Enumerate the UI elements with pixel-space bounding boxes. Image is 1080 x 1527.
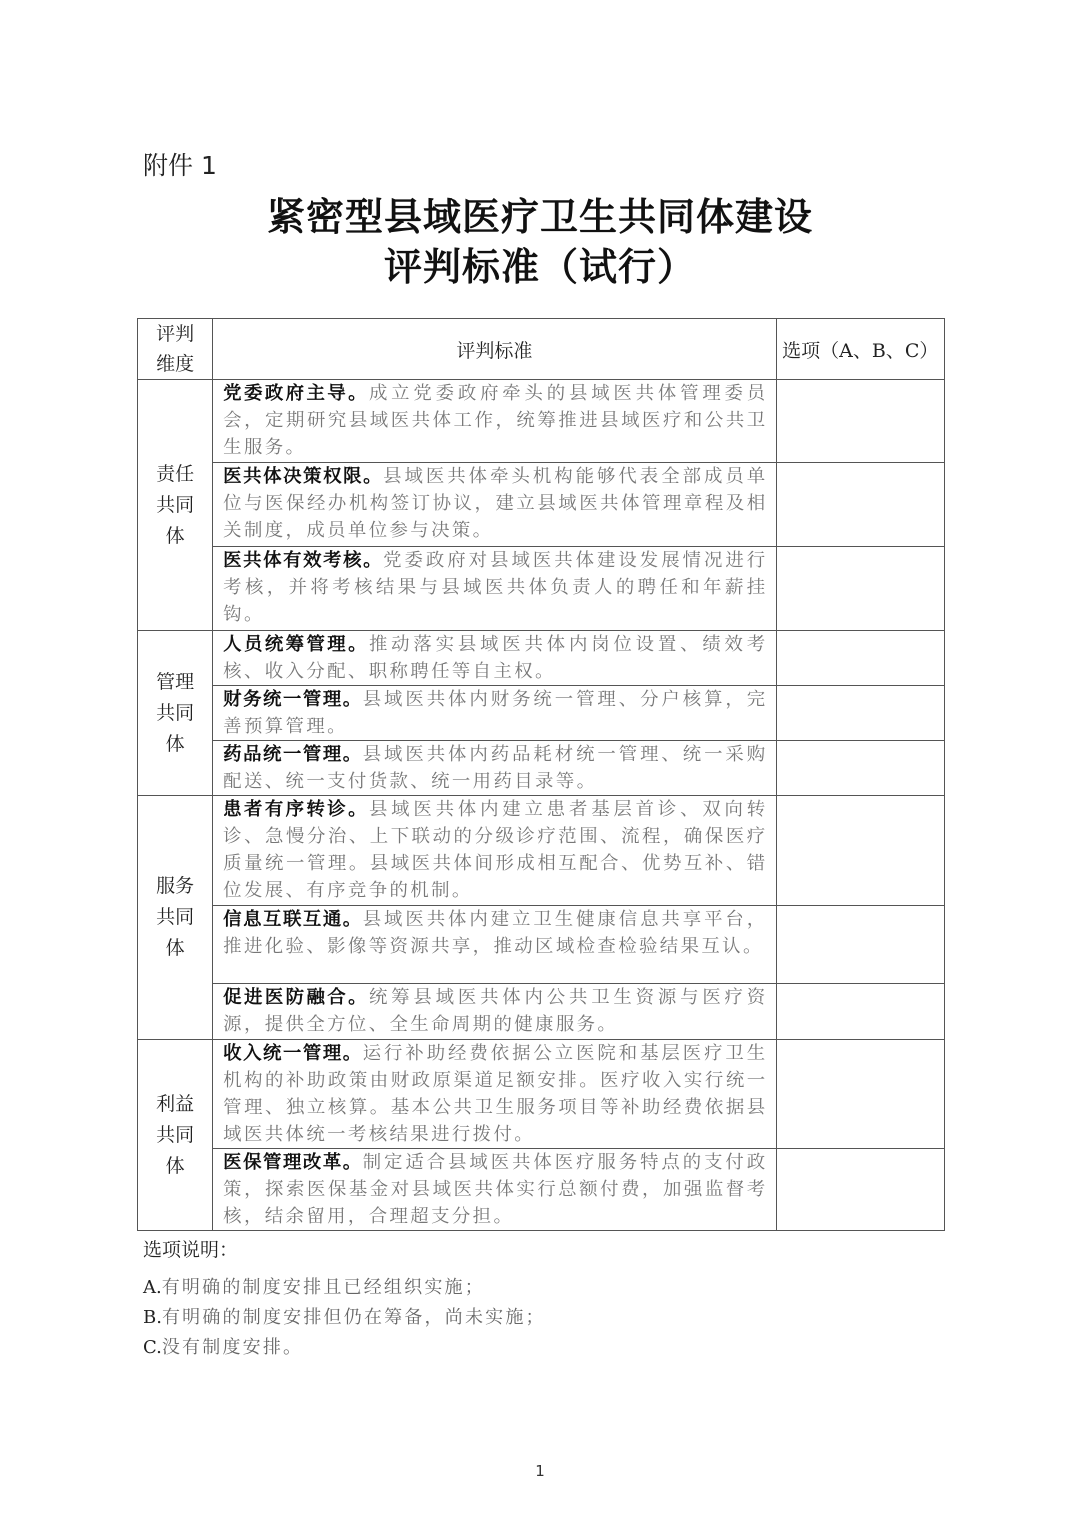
criterion-heading: 医共体有效考核。 xyxy=(223,550,383,571)
criterion-cell: 医保管理改革。制定适合县域医共体医疗服务特点的支付政策，探索医保基金对县域医共体… xyxy=(213,1149,776,1231)
dimension-cell: 利益共同体 xyxy=(138,1040,213,1231)
dimension-cell: 服务共同体 xyxy=(138,796,213,1040)
note-item: A.有明确的制度安排且已经组织实施； xyxy=(143,1273,546,1303)
table-row: 服务共同体 患者有序转诊。县域医共体内建立患者基层首诊、双向转诊、急慢分治、上下… xyxy=(138,796,945,906)
criterion-cell: 党委政府主导。成立党委政府牵头的县域医共体管理委员会，定期研究县域医共体工作，统… xyxy=(213,380,776,463)
table-row: 促进医防融合。统筹县域医共体内公共卫生资源与医疗资源，提供全方位、全生命周期的健… xyxy=(138,984,945,1040)
header-dimension: 评判维度 xyxy=(138,319,213,380)
criterion-cell: 信息互联互通。县域医共体内建立卫生健康信息共享平台，推进化验、影像等资源共享，推… xyxy=(213,906,776,984)
table-row: 财务统一管理。县域医共体内财务统一管理、分户核算，完善预算管理。 xyxy=(138,686,945,741)
table-row: 医保管理改革。制定适合县域医共体医疗服务特点的支付政策，探索医保基金对县域医共体… xyxy=(138,1149,945,1231)
criterion-cell: 医共体有效考核。党委政府对县域医共体建设发展情况进行考核，并将考核结果与县域医共… xyxy=(213,547,776,631)
criteria-table: 评判维度 评判标准 选项（A、B、C） 责任共同体 党委政府主导。成立党委政府牵… xyxy=(137,318,945,1231)
option-input-cell[interactable] xyxy=(776,380,944,463)
criterion-cell: 收入统一管理。运行补助经费依据公立医院和基层医疗卫生机构的补助政策由财政原渠道足… xyxy=(213,1040,776,1149)
option-input-cell[interactable] xyxy=(776,463,944,547)
notes-title: 选项说明： xyxy=(143,1235,546,1262)
header-options: 选项（A、B、C） xyxy=(776,319,944,380)
criterion-heading: 药品统一管理。 xyxy=(223,744,363,765)
table-row: 药品统一管理。县域医共体内药品耗材统一管理、统一采购配送、统一支付货款、统一用药… xyxy=(138,741,945,796)
option-input-cell[interactable] xyxy=(776,547,944,631)
option-input-cell[interactable] xyxy=(776,1040,944,1149)
criterion-heading: 患者有序转诊。 xyxy=(223,799,369,820)
note-item: C.没有制度安排。 xyxy=(143,1333,546,1363)
criterion-cell: 人员统筹管理。推动落实县域医共体内岗位设置、绩效考核、收入分配、职称聘任等自主权… xyxy=(213,631,776,686)
table-header-row: 评判维度 评判标准 选项（A、B、C） xyxy=(138,319,945,380)
table-row: 医共体决策权限。县域医共体牵头机构能够代表全部成员单位与医保经办机构签订协议，建… xyxy=(138,463,945,547)
criterion-heading: 医共体决策权限。 xyxy=(223,466,383,487)
table-row: 医共体有效考核。党委政府对县域医共体建设发展情况进行考核，并将考核结果与县域医共… xyxy=(138,547,945,631)
attachment-label: 附件 1 xyxy=(143,146,217,182)
header-standard: 评判标准 xyxy=(213,319,776,380)
option-input-cell[interactable] xyxy=(776,1149,944,1231)
criterion-heading: 收入统一管理。 xyxy=(223,1043,363,1064)
criterion-heading: 人员统筹管理。 xyxy=(223,634,369,655)
criterion-cell: 药品统一管理。县域医共体内药品耗材统一管理、统一采购配送、统一支付货款、统一用药… xyxy=(213,741,776,796)
table-row: 责任共同体 党委政府主导。成立党委政府牵头的县域医共体管理委员会，定期研究县域医… xyxy=(138,380,945,463)
option-input-cell[interactable] xyxy=(776,631,944,686)
option-input-cell[interactable] xyxy=(776,686,944,741)
criterion-heading: 信息互联互通。 xyxy=(223,909,363,930)
criterion-heading: 党委政府主导。 xyxy=(223,383,369,404)
table-row: 管理共同体 人员统筹管理。推动落实县域医共体内岗位设置、绩效考核、收入分配、职称… xyxy=(138,631,945,686)
criterion-cell: 医共体决策权限。县域医共体牵头机构能够代表全部成员单位与医保经办机构签订协议，建… xyxy=(213,463,776,547)
criterion-heading: 医保管理改革。 xyxy=(223,1152,363,1173)
dimension-cell: 责任共同体 xyxy=(138,380,213,631)
criterion-cell: 促进医防融合。统筹县域医共体内公共卫生资源与医疗资源，提供全方位、全生命周期的健… xyxy=(213,984,776,1040)
table-row: 利益共同体 收入统一管理。运行补助经费依据公立医院和基层医疗卫生机构的补助政策由… xyxy=(138,1040,945,1149)
criterion-heading: 财务统一管理。 xyxy=(223,689,363,710)
criterion-heading: 促进医防融合。 xyxy=(223,987,369,1008)
dimension-cell: 管理共同体 xyxy=(138,631,213,796)
document-title-line2: 评判标准（试行） xyxy=(0,236,1080,291)
option-input-cell[interactable] xyxy=(776,741,944,796)
note-item: B.有明确的制度安排但仍在筹备，尚未实施； xyxy=(143,1303,546,1333)
criterion-cell: 财务统一管理。县域医共体内财务统一管理、分户核算，完善预算管理。 xyxy=(213,686,776,741)
document-title-line1: 紧密型县域医疗卫生共同体建设 xyxy=(0,186,1080,241)
option-input-cell[interactable] xyxy=(776,906,944,984)
option-input-cell[interactable] xyxy=(776,796,944,906)
option-notes: 选项说明： A.有明确的制度安排且已经组织实施； B.有明确的制度安排但仍在筹备… xyxy=(143,1235,546,1363)
table-row: 信息互联互通。县域医共体内建立卫生健康信息共享平台，推进化验、影像等资源共享，推… xyxy=(138,906,945,984)
criterion-cell: 患者有序转诊。县域医共体内建立患者基层首诊、双向转诊、急慢分治、上下联动的分级诊… xyxy=(213,796,776,906)
option-input-cell[interactable] xyxy=(776,984,944,1040)
page-number: 1 xyxy=(0,1462,1080,1480)
